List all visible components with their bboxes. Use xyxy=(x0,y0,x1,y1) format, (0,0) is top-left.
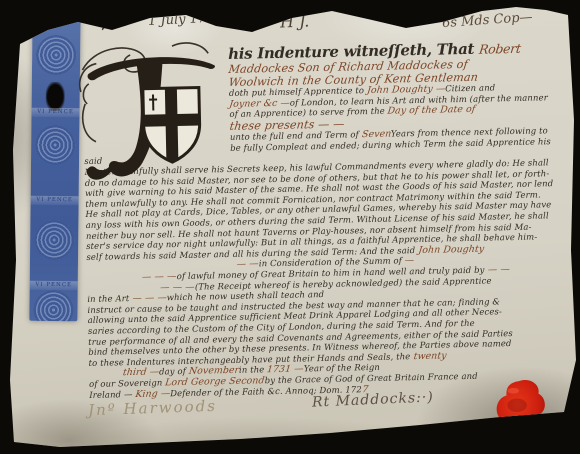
handwritten-text: Joyner &c — xyxy=(229,98,291,110)
handwritten-text: — — xyxy=(487,265,510,276)
heading-written-name: Robert xyxy=(478,40,522,59)
stamp-value-label: VI PENCE xyxy=(30,281,78,291)
revenue-stamp: VI PENCE VI PENCE VI PENCE xyxy=(29,8,80,321)
handwritten-text: Seven xyxy=(361,130,392,141)
wax-seal xyxy=(492,378,550,450)
handwritten-text: — — xyxy=(236,260,259,271)
clerk-initials-annotation: H J. xyxy=(280,11,310,31)
handwritten-text: third — xyxy=(122,368,159,379)
date-annotation: 1 July 1736. xyxy=(148,10,228,29)
handwritten-text: Lord George Second xyxy=(165,376,266,389)
printed-text: in the Art xyxy=(87,294,132,305)
handwritten-text: John Doughty — xyxy=(366,84,446,96)
body-text: his Indenture witneſſeth, That Robert Ma… xyxy=(82,38,567,401)
embossed-cypher-blob xyxy=(46,82,65,111)
handwritten-text: these presents — — xyxy=(229,118,345,132)
stamp-emblem xyxy=(33,290,73,321)
stamp-emblem xyxy=(36,35,76,75)
parchment: VI PENCE VI PENCE VI PENCE H ✗ 1 July 17… xyxy=(0,0,580,454)
corner-ink-marks: H ✗ xyxy=(100,4,122,34)
handwritten-text: twenty xyxy=(413,351,447,362)
stamp-value-label: VI PENCE xyxy=(31,196,79,206)
fee-annotation: 6s Mds Cop— xyxy=(442,10,533,31)
stamp-value-label: VI PENCE xyxy=(31,108,79,118)
initial-t-dropcap xyxy=(82,45,230,152)
handwritten-text: John Doughty xyxy=(417,244,484,256)
witness-signature: Jnº Harwoods xyxy=(88,397,217,419)
handwritten-text: — — — xyxy=(132,293,168,304)
handwritten-text: Day of the Date of xyxy=(387,105,476,117)
document-scan: VI PENCE VI PENCE VI PENCE H ✗ 1 July 17… xyxy=(0,0,580,454)
stamp-emblem xyxy=(35,125,75,165)
handwritten-text: — xyxy=(404,256,415,267)
handwritten-text: 1731 — xyxy=(267,365,305,376)
city-of-london-shield xyxy=(143,88,201,169)
stamp-emblem xyxy=(34,220,74,260)
printed-text: Citizen and xyxy=(445,83,495,94)
